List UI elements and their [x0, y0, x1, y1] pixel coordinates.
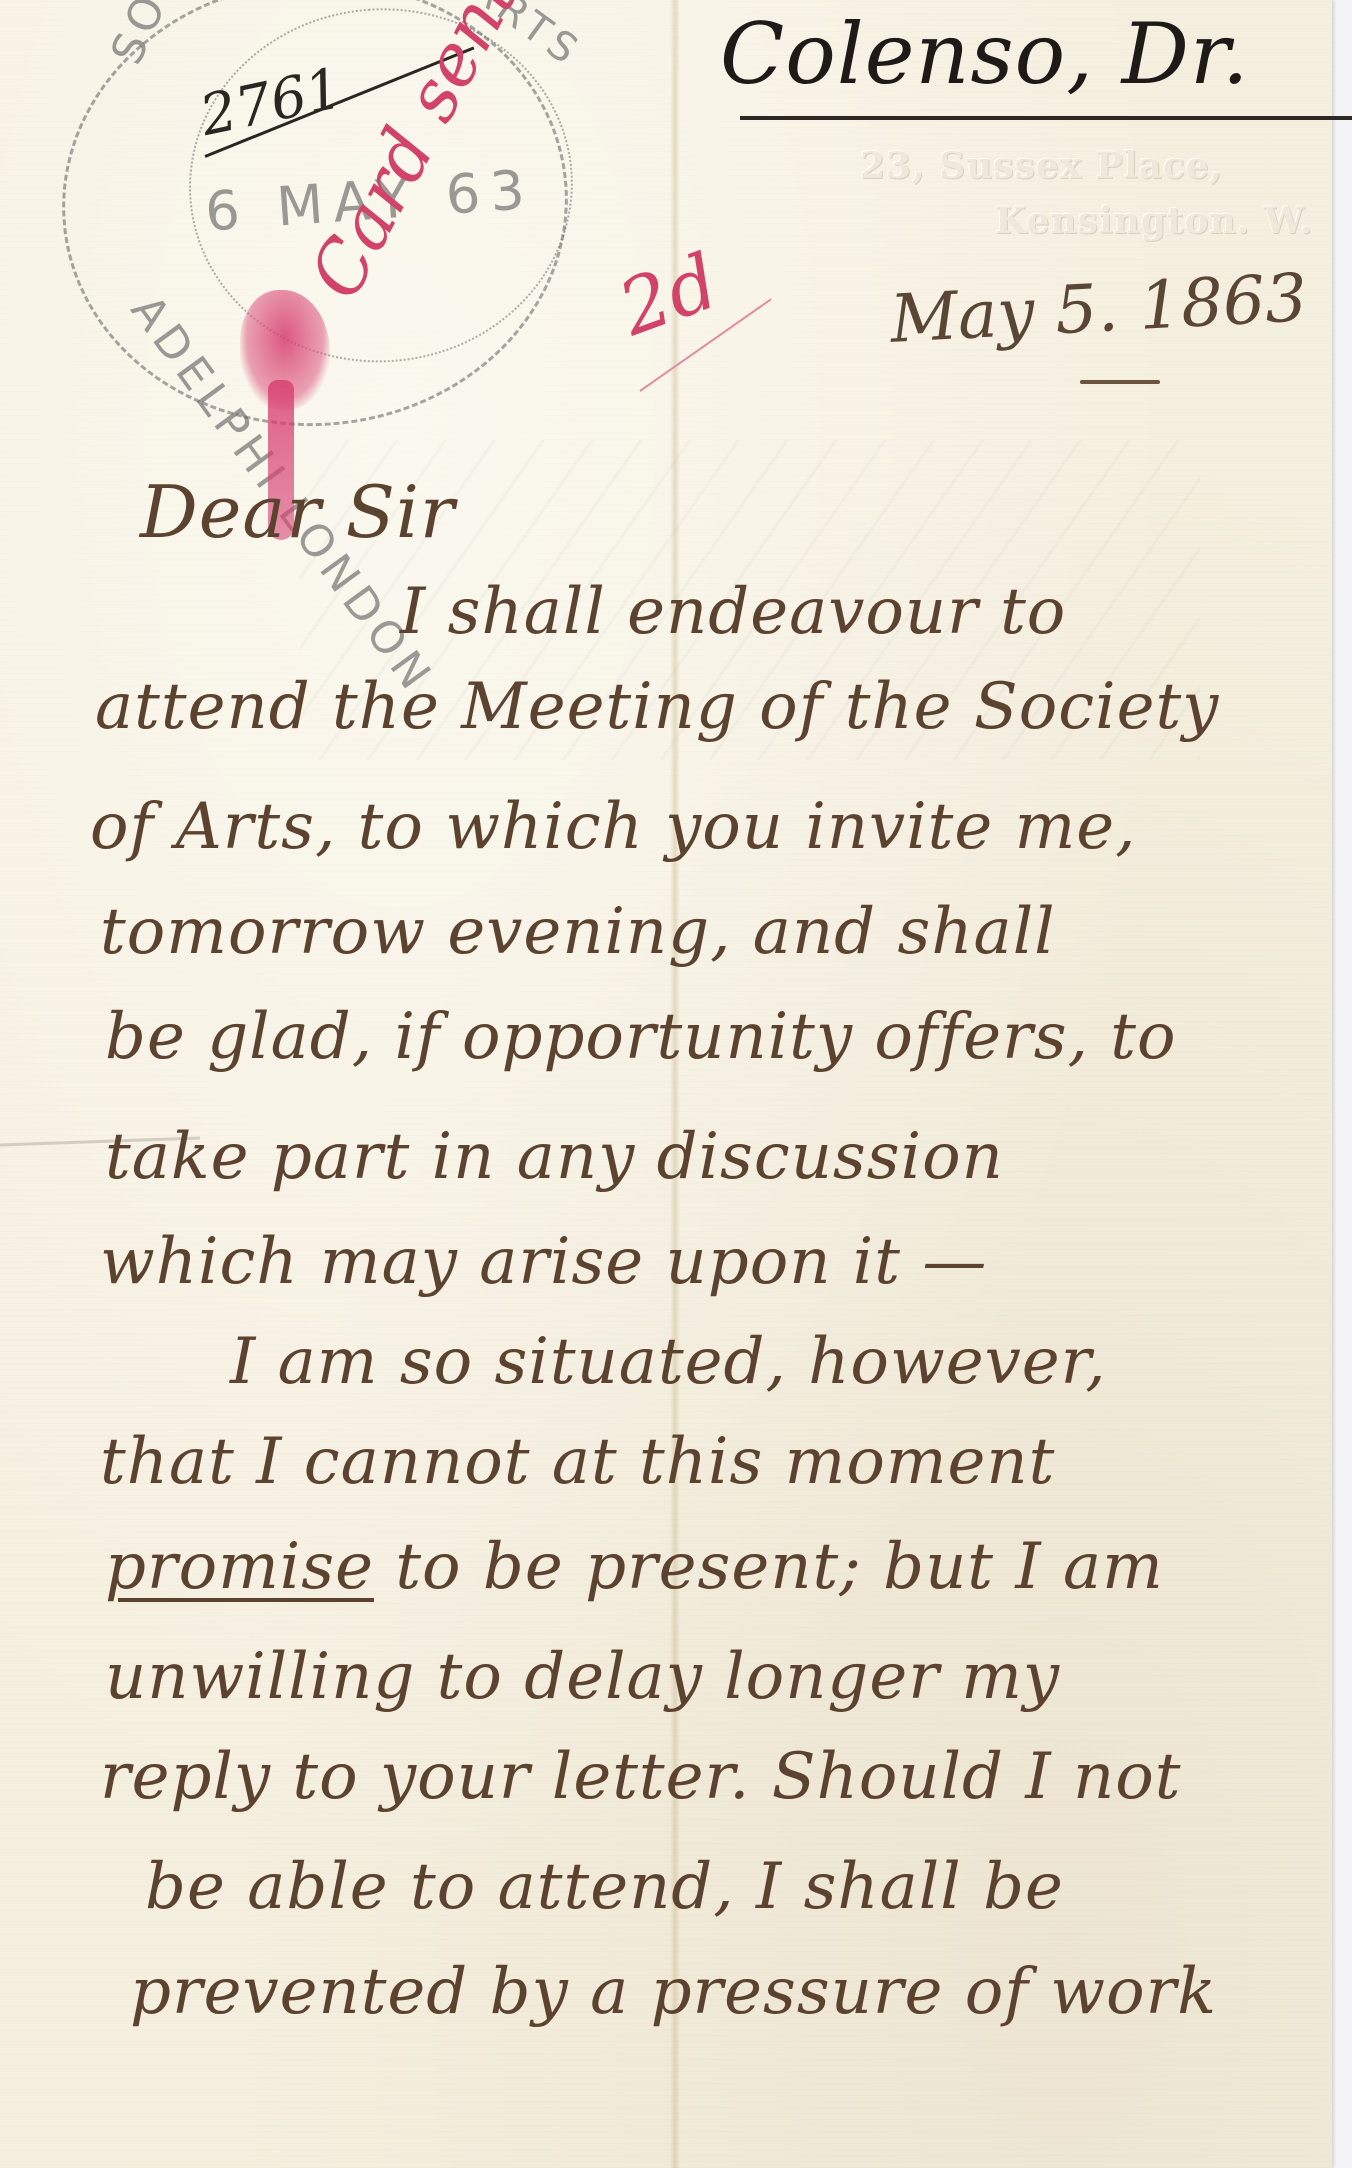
letter-line-2: attend the Meeting of the Society: [95, 670, 1219, 744]
letter-date: May 5. 1863: [888, 259, 1309, 358]
letter-line-3: of Arts, to which you invite me,: [90, 790, 1137, 864]
letter-line-9: that I cannot at this moment: [100, 1425, 1055, 1499]
salutation: Dear Sir: [140, 470, 455, 554]
docket-rule: [740, 116, 1352, 120]
date-underline: [1080, 380, 1160, 384]
letterhead-address-line-1: 23, Sussex Place,: [860, 145, 1223, 187]
letterhead-address-line-2: Kensington. W.: [995, 200, 1313, 242]
letter-line-11: unwilling to delay longer my: [105, 1640, 1060, 1714]
letter-line-8: I am so situated, however,: [230, 1325, 1107, 1399]
letter-line-6: take part in any discussion: [105, 1120, 1004, 1194]
red-annotation-value: 2d: [608, 236, 730, 353]
letter-line-10-rest: to be present; but I am: [374, 1530, 1164, 1604]
letter-line-4: tomorrow evening, and shall: [100, 895, 1056, 969]
letter-line-14: prevented by a pressure of work: [130, 1955, 1217, 2029]
letter-page: SOCIETY OF ARTS ADELPHI LONDON 6 MAY 63 …: [0, 0, 1332, 2168]
letter-line-1: I shall endeavour to: [400, 575, 1066, 649]
letter-line-12: reply to your letter. Should I not: [100, 1740, 1181, 1814]
letter-line-13: be able to attend, I shall be: [145, 1850, 1064, 1924]
underlined-word-promise: promise: [105, 1530, 374, 1604]
docket-name: Colenso, Dr.: [720, 5, 1250, 103]
letter-line-10: promise to be present; but I am: [105, 1530, 1164, 1604]
letter-line-5: be glad, if opportunity offers, to: [105, 1000, 1177, 1074]
letter-line-7: which may arise upon it —: [100, 1225, 987, 1299]
